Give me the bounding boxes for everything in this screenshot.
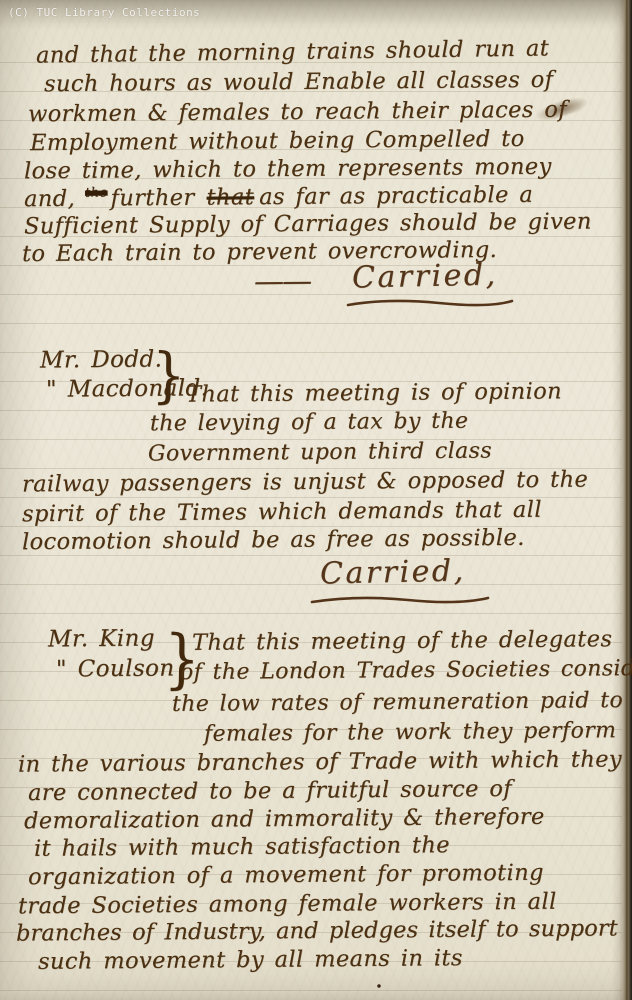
manuscript-line: of the London Trades Societies consider bbox=[180, 657, 632, 685]
manuscript-line: the levying of a tax by the bbox=[150, 410, 469, 437]
page-edge-right bbox=[612, 0, 632, 1000]
manuscript-line: lose time, which to them represents mone… bbox=[24, 155, 552, 184]
manuscript-line: such hours as would Enable all classes o… bbox=[44, 68, 554, 97]
struck-word-above: the bbox=[85, 185, 108, 200]
underline-flourish bbox=[308, 592, 492, 606]
manuscript-line: are connected to be a fruitful source of bbox=[28, 777, 512, 806]
manuscript-line: workmen & females to reach their places … bbox=[28, 98, 567, 127]
manuscript-line: Employment without being Compelled to bbox=[30, 127, 525, 156]
dash-stroke: —— bbox=[254, 265, 310, 298]
manuscript-line-amended: and,thefurtherthatas far as practicable … bbox=[24, 183, 533, 212]
manuscript-page: (C) TUC Library Collections and that the… bbox=[0, 0, 632, 1000]
manuscript-line: Sufficient Supply of Carriages should be… bbox=[24, 210, 592, 240]
carried-annotation: Carried, bbox=[352, 258, 498, 294]
amended-text-pre: and, bbox=[24, 186, 75, 212]
manuscript-line: branches of Industry, and pledges itself… bbox=[16, 916, 618, 946]
manuscript-line: That this meeting of the delegates bbox=[192, 627, 613, 655]
manuscript-line: in the various branches of Trade with wh… bbox=[18, 747, 622, 777]
mover-name: Mr. King bbox=[48, 627, 155, 653]
amended-text-mid: further bbox=[110, 185, 194, 212]
manuscript-line: and that the morning trains should run a… bbox=[36, 36, 549, 68]
mover-name: Mr. Dodd. bbox=[40, 347, 163, 373]
manuscript-line: Government upon third class bbox=[148, 439, 492, 466]
mover-name: " Coulson bbox=[56, 656, 175, 682]
manuscript-line: That this meeting is of opinion bbox=[186, 379, 562, 407]
manuscript-line: it hails with much satisfaction the bbox=[34, 833, 450, 861]
brace-mark: } bbox=[152, 346, 186, 406]
manuscript-line: locomotion should be as free as possible… bbox=[22, 526, 525, 555]
ink-dot bbox=[377, 984, 381, 988]
underline-flourish bbox=[344, 296, 516, 310]
struck-word: that bbox=[206, 184, 254, 210]
manuscript-line: spirit of the Times which demands that a… bbox=[22, 498, 542, 527]
amended-text-post: as far as practicable a bbox=[259, 182, 533, 210]
manuscript-line: such movement by all means in its bbox=[38, 946, 463, 974]
carried-annotation: Carried, bbox=[320, 554, 466, 590]
copyright-watermark: (C) TUC Library Collections bbox=[8, 6, 200, 19]
manuscript-line: railway passengers is unjust & opposed t… bbox=[22, 468, 588, 498]
manuscript-line: females for the work they perform bbox=[204, 719, 617, 747]
manuscript-line: trade Societies among female workers in … bbox=[18, 890, 557, 919]
manuscript-line: demoralization and immorality & therefor… bbox=[24, 805, 545, 834]
manuscript-line: organization of a movement for promoting bbox=[28, 861, 544, 890]
manuscript-line: the low rates of remuneration paid to bbox=[172, 689, 623, 717]
